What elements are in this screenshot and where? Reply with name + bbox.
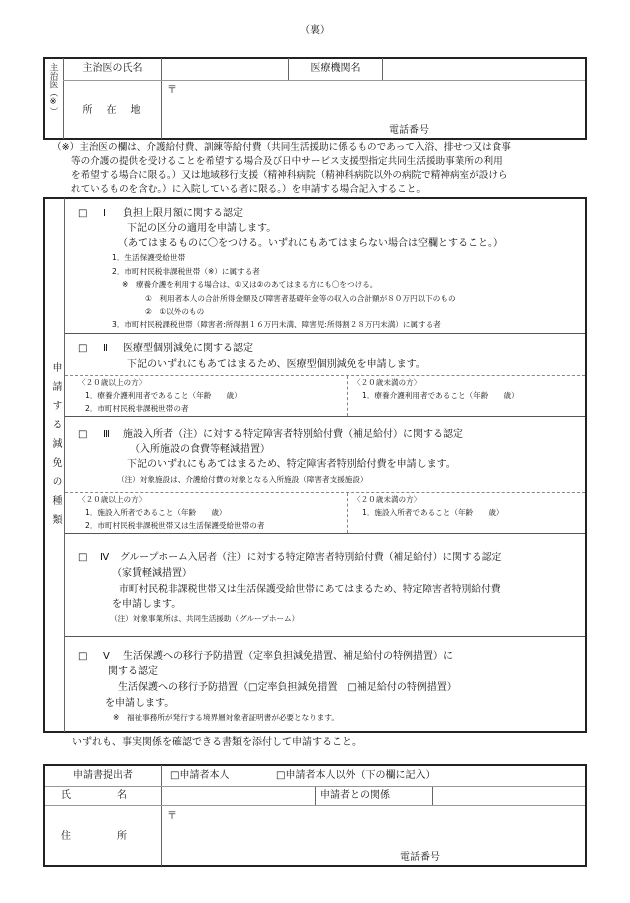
doctor-address-label: 所 在 地	[64, 104, 161, 117]
section-1-item: ※ 療養介護を利用する場合は、①又は②のあてはまる方にも〇をつける。	[122, 279, 377, 290]
section-3-subtitle: （入所施設の食費等軽減措置）	[130, 443, 270, 456]
name-label-b: 名	[117, 789, 127, 802]
section-3-minor-item: 1．施設入所者であること（年齢 歳）	[362, 507, 504, 518]
section-2-adult-heading: 〈２０歳以上の方〉	[78, 377, 146, 388]
submitter-label: 申請書提出者	[45, 769, 161, 782]
section-1-line: （あてはまるものに〇をつける。いずれにもあてはまらない場合は空欄とすること。）	[118, 237, 503, 250]
section-5-line: 生活保護への移行予防措置（□定率負担減免措置 □補足給付の特例措置）	[118, 681, 457, 694]
section-1-item: 3．市町村民税課税世帯（障害者:所得割１６万円未満、障害児:所得割２８万円未満）…	[112, 319, 441, 330]
divider	[161, 765, 162, 866]
doctor-section-label: 主治医（※）	[45, 63, 61, 135]
doctor-note-line: （※）主治医の欄は、介護給付費、訓練等給付費（共同生活援助に係るものであって入浴…	[52, 141, 592, 155]
section-4-subtitle: （家賃軽減措置）	[112, 567, 192, 580]
relation-field[interactable]	[434, 787, 584, 804]
address-label-a: 住	[61, 830, 71, 843]
section-2-adult-item: 2．市町村民税非課税世帯の者	[85, 403, 189, 414]
doctor-note-line: れているものを含む。）に入院している者に限る。）を申請する場合記入すること。	[52, 183, 592, 197]
submitter-phone-label: 電話番号	[400, 851, 440, 864]
page-side-label: （裏）	[0, 21, 630, 36]
address-label-b: 所	[117, 830, 127, 843]
divider	[347, 493, 348, 533]
divider	[65, 636, 585, 637]
divider	[347, 376, 348, 416]
section-1-item: ① 利用者本人の合計所得金額及び障害者基礎年金等の収入の合計額が８０万円以下のも…	[145, 293, 456, 304]
section-4-numeral: Ⅳ	[100, 551, 109, 564]
submitter-address-field[interactable]	[180, 808, 580, 844]
section-2-minor-item: 1．療養介護利用者であること（年齢 歳）	[362, 390, 519, 401]
section-5-title: 生活保護への移行予防措置（定率負担減免措置、補足給付の特例措置）に	[123, 650, 453, 663]
section-3-numeral: Ⅲ	[103, 428, 110, 441]
section-3-adult-heading: 〈２０歳以上の方〉	[78, 494, 146, 505]
submitter-name-field[interactable]	[163, 787, 313, 804]
section-3-note: （注）対象施設は、介護給付費の対象となる入所施設（障害者支援施設）	[117, 474, 368, 485]
section-1-line: 下記の区分の適用を申請します。	[127, 222, 276, 235]
section-1-item: ② ①以外のもの	[145, 306, 204, 317]
doctor-name-field[interactable]	[163, 59, 287, 79]
divider	[315, 786, 316, 805]
doctor-note-line: を希望する場合に限る。）又は地域移行支援（精神科病院（精神科病院以外の病院で精神…	[52, 169, 592, 183]
divider	[45, 805, 585, 806]
postal-mark: 〒	[167, 84, 177, 97]
section-5-line: を申請します。	[105, 697, 174, 710]
section-5-numeral: Ⅴ	[103, 650, 110, 663]
divider	[432, 786, 433, 805]
divider	[65, 333, 585, 334]
submitter-other-checkbox[interactable]: □申請者本人以外（下の欄に記入）	[276, 769, 435, 782]
divider	[65, 416, 585, 417]
attachment-note: いずれも、事実関係を確認できる書類を添付して申請すること。	[72, 736, 362, 749]
postal-mark: 〒	[167, 810, 177, 823]
section-4-note: （注）対象事業所は、共同生活援助（グループホーム）	[110, 613, 299, 624]
name-label-a: 氏	[61, 789, 71, 802]
doctor-note: （※）主治医の欄は、介護給付費、訓練等給付費（共同生活援助に係るものであって入浴…	[52, 141, 592, 197]
doctor-phone-field[interactable]	[440, 122, 580, 137]
relation-label: 申請者との関係	[320, 789, 390, 802]
section-2-title: 医療型個別減免に関する認定	[123, 342, 253, 355]
section-3-line: 下記のいずれにもあてはまるため、特定障害者特別給付費を申請します。	[127, 458, 456, 471]
section-3-title: 施設入所者（注）に対する特定障害者特別給付費（補足給付）に関する認定	[123, 428, 463, 441]
section-5-note: ※ 福祉事務所が発行する境界層対象者証明書が必要となります。	[113, 712, 339, 723]
section-3-adult-item: 2．市町村民税非課税世帯又は生活保護受給世帯の者	[85, 520, 265, 531]
submitter-phone-field[interactable]	[450, 848, 580, 863]
reduction-side-label: 申請する減免の種類	[45, 362, 63, 572]
section-5-checkbox[interactable]: □	[78, 650, 87, 663]
section-4-line: を申請します。	[112, 598, 181, 611]
section-1-title: 負担上限月額に関する認定	[123, 207, 243, 220]
doctor-name-label: 主治医の氏名	[64, 62, 161, 75]
section-4-checkbox[interactable]: □	[78, 551, 87, 564]
institution-label: 医療機関名	[289, 62, 382, 75]
section-2-minor-heading: 〈２０歳未満の方〉	[353, 377, 421, 388]
section-1-item: 2．市町村民税非課税世帯（※）に属する者	[112, 266, 260, 277]
section-2-checkbox[interactable]: □	[78, 342, 87, 355]
section-3-checkbox[interactable]: □	[78, 428, 87, 441]
section-2-line: 下記のいずれにもあてはまるため、医療型個別減免を申請します。	[127, 358, 426, 371]
section-4-line: 市町村民税非課税世帯又は生活保護受給世帯にあてはまるため、特定障害者特別給付費	[119, 583, 501, 596]
institution-field[interactable]	[384, 59, 584, 79]
divider	[382, 58, 383, 80]
divider	[63, 80, 585, 81]
divider	[65, 375, 585, 376]
section-3-adult-item: 1．施設入所者であること（年齢 歳）	[85, 507, 227, 518]
doctor-note-line: 等の介護の提供を受けることを希望する場合及び日中サービス支援型指定共同生活援助事…	[52, 155, 592, 169]
divider	[65, 533, 585, 534]
doctor-address-field[interactable]	[180, 83, 580, 121]
divider	[161, 58, 162, 139]
divider	[65, 492, 585, 493]
submitter-self-checkbox[interactable]: □申請者本人	[170, 769, 229, 782]
doctor-phone-label: 電話番号	[389, 124, 429, 137]
divider	[64, 198, 65, 732]
section-2-numeral: Ⅱ	[103, 342, 108, 355]
section-1-item: 1．生活保護受給世帯	[112, 252, 185, 263]
section-5-title-cont: 関する認定	[108, 665, 158, 678]
section-1-checkbox[interactable]: □	[78, 207, 87, 220]
section-3-minor-heading: 〈２０歳未満の方〉	[353, 494, 421, 505]
section-1-numeral: Ⅰ	[103, 207, 106, 220]
section-4-title: グループホーム入居者（注）に対する特定障害者特別給付費（補足給付）に関する認定	[120, 551, 501, 564]
section-2-adult-item: 1．療養介護利用者であること（年齢 歳）	[85, 390, 242, 401]
